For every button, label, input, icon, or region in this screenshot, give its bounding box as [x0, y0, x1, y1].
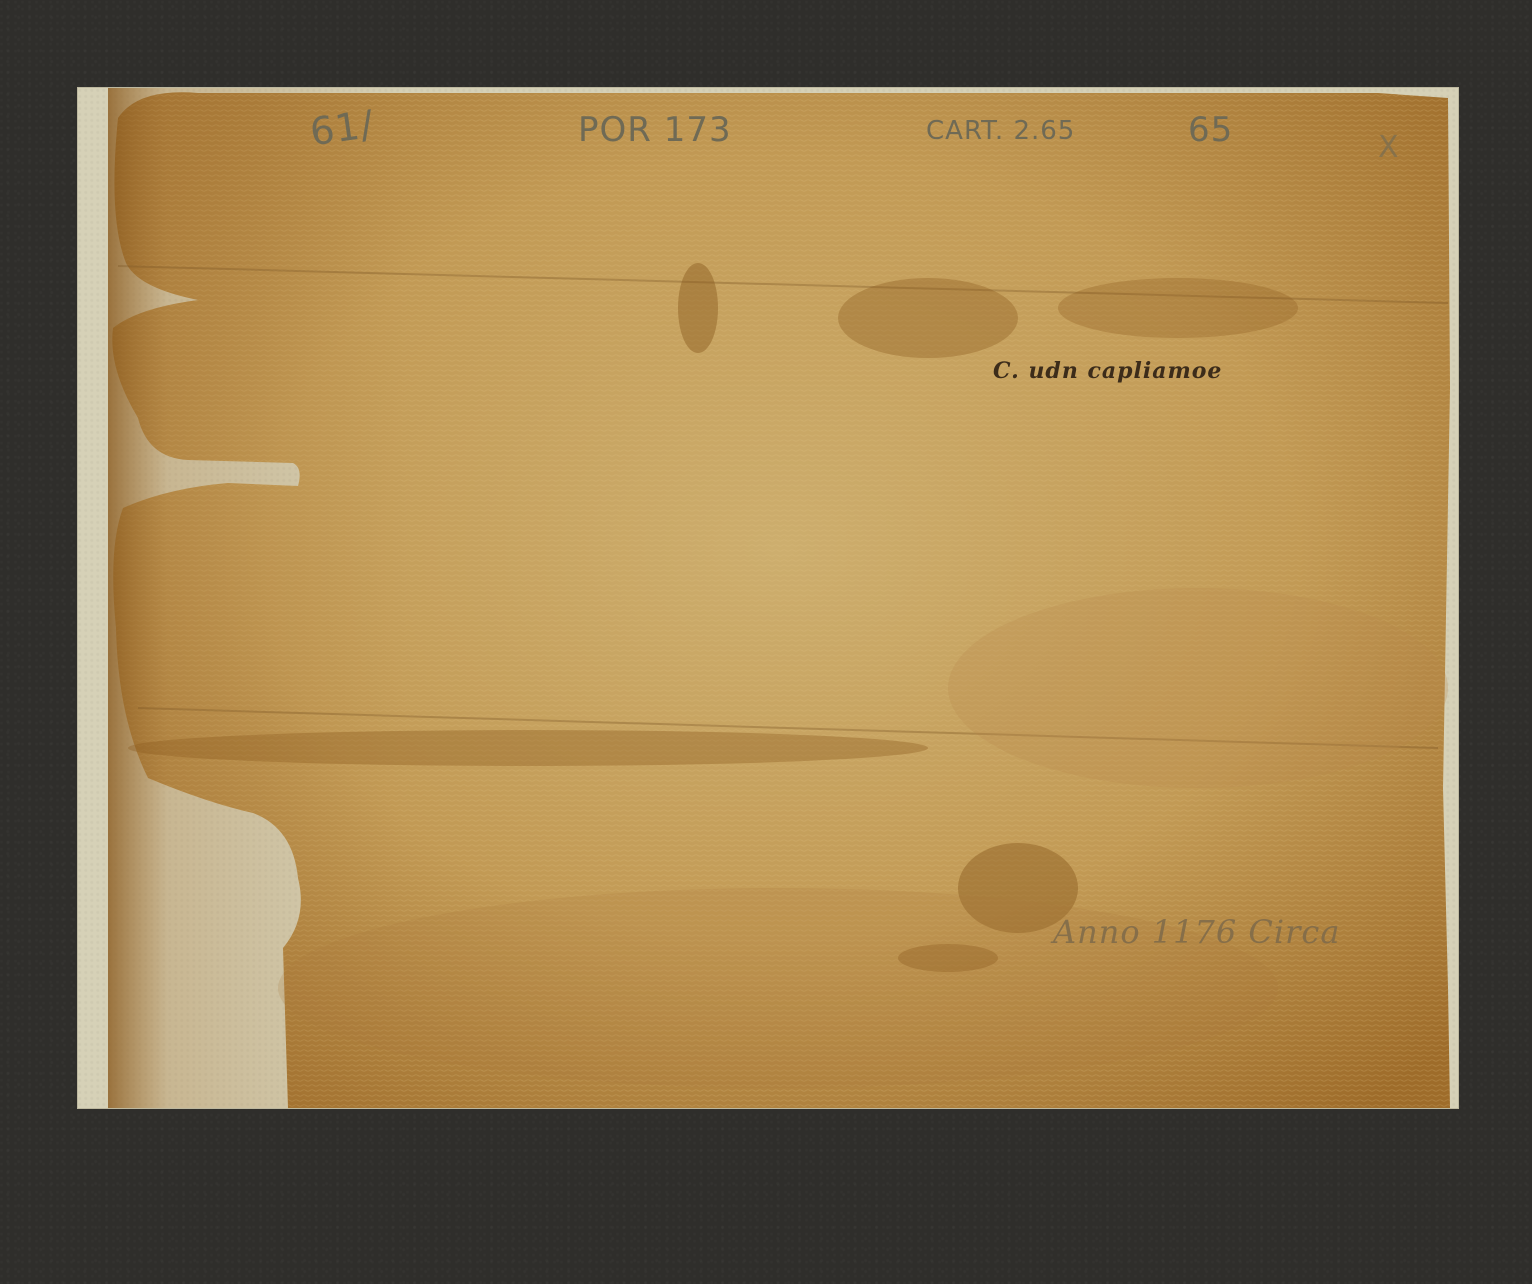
page-number: 65 [1188, 110, 1233, 150]
corner-mark: X [1378, 130, 1400, 165]
parchment-shape [78, 88, 1458, 1108]
lower-endorsement: Anno 1176 Circa [1053, 913, 1340, 951]
upper-endorsement: C. udn capliamoe [993, 358, 1222, 384]
shelfmark: POR 173 [578, 110, 732, 150]
cart-reference: CART. 2.65 [926, 116, 1075, 146]
folio-mark: 61/ [307, 102, 377, 155]
parchment-document: 61/ POR 173 CART. 2.65 65 X C. udn capli… [78, 88, 1458, 1108]
